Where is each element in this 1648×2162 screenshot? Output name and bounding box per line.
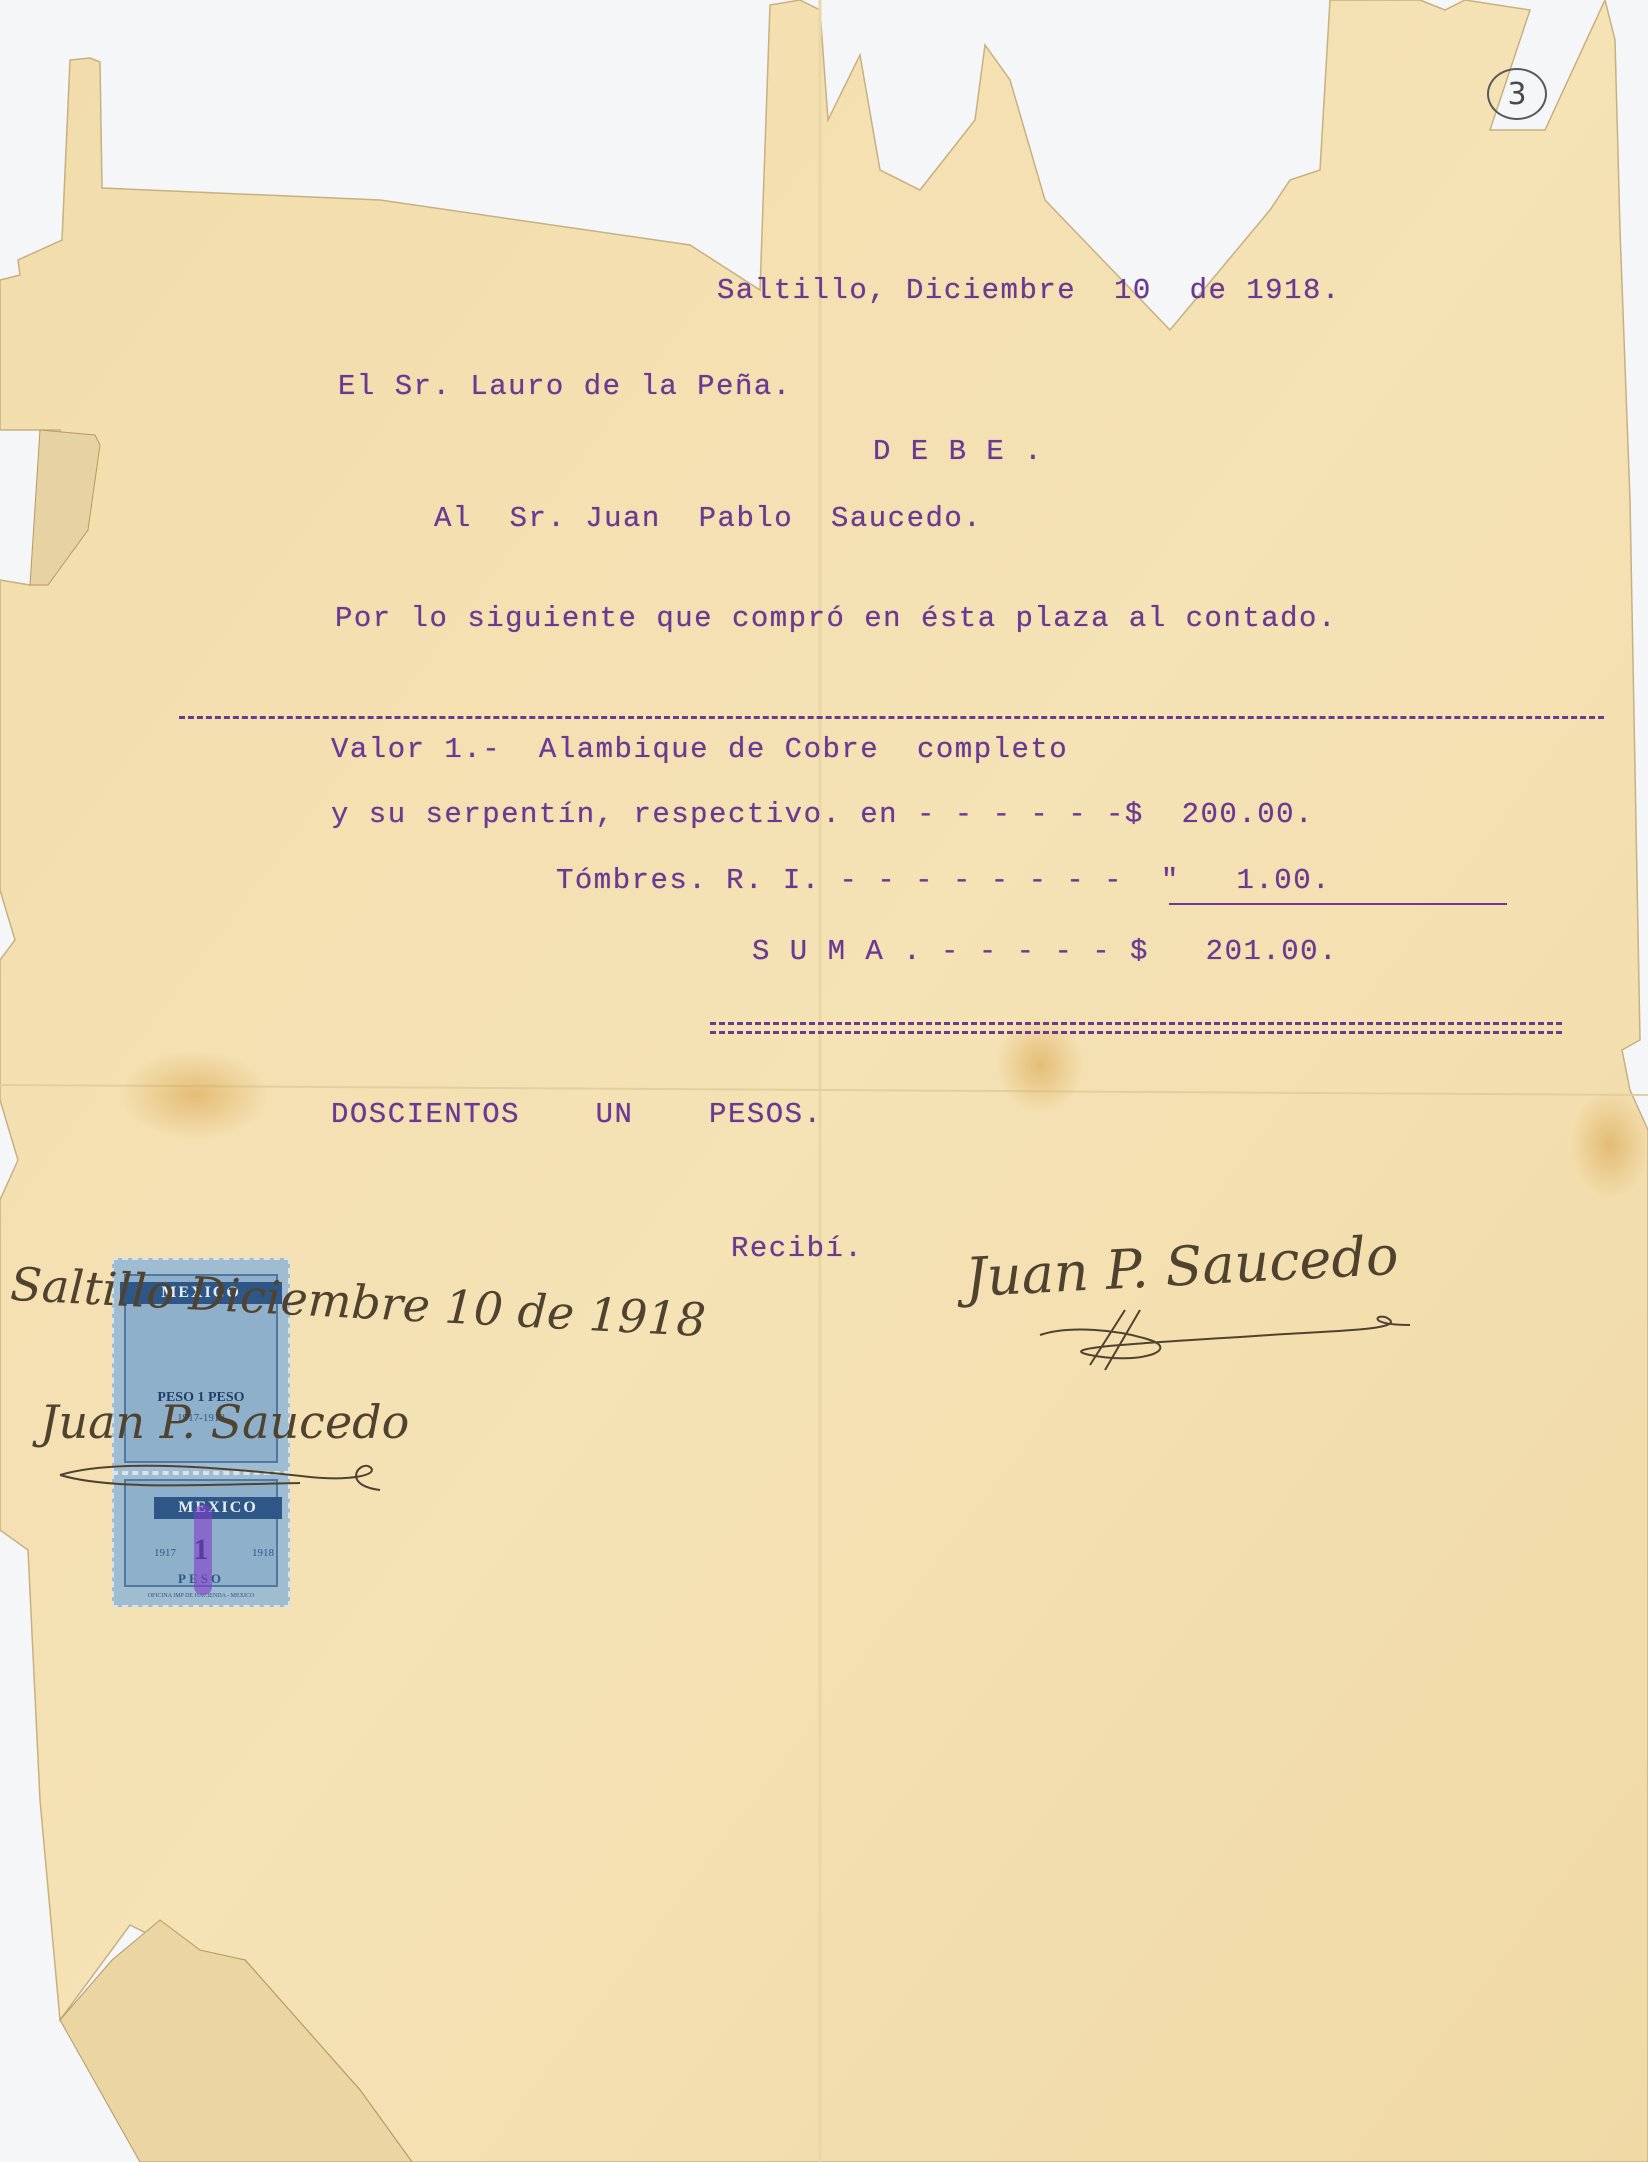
concept-line: Por lo siguiente que compró en ésta plaz…	[335, 604, 1337, 633]
stain-left	[120, 1050, 270, 1140]
item-line-1: Valor 1.- Alambique de Cobre completo	[331, 735, 1068, 764]
creditor-line: Al Sr. Juan Pablo Saucedo.	[434, 504, 982, 533]
place-date: Saltillo, Diciembre 10 de 1918.	[717, 276, 1341, 305]
stain-right	[1570, 1090, 1648, 1200]
separator-double-2	[710, 1031, 1562, 1034]
sum-line: S U M A . - - - - - $ 201.00.	[752, 937, 1338, 966]
signature-flourish	[1030, 1305, 1420, 1375]
subtotal-underline	[1169, 903, 1507, 905]
stamp-bottom-year-right: 1918	[252, 1547, 274, 1559]
page-number-circle: 3	[1487, 68, 1547, 120]
stamp-cancel-mark	[194, 1505, 212, 1595]
stain-center	[995, 1015, 1085, 1115]
margin-note-flourish	[50, 1455, 390, 1505]
stamps-line: Tómbres. R. I. - - - - - - - - " 1.00.	[556, 866, 1331, 895]
item-line-2: y su serpentín, respectivo. en - - - - -…	[331, 800, 1314, 829]
debtor-line: El Sr. Lauro de la Peña.	[338, 372, 792, 401]
received-label: Recibí.	[731, 1234, 863, 1263]
page-number: 3	[1507, 77, 1526, 112]
debe-heading: D E B E .	[873, 437, 1043, 466]
margin-note-signature: Juan P. Saucedo	[40, 1395, 409, 1449]
separator-top	[179, 716, 1604, 719]
separator-double-1	[710, 1022, 1562, 1025]
amount-in-words: DOSCIENTOS UN PESOS.	[331, 1100, 822, 1129]
